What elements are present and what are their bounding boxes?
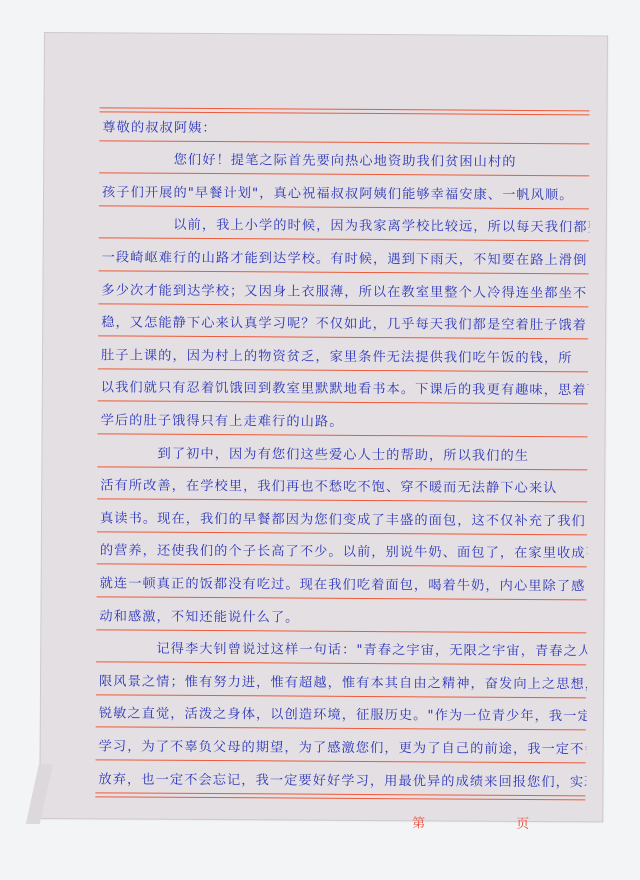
letter-body-line: 限风景之情；惟有努力进，惟有超越，惟有本其自由之精神，奋发向上之思想， xyxy=(99,670,587,697)
letter-body-line: 学习，为了不辜负父母的期望，为了感激您们，更为了自己的前途，我一定不会 xyxy=(99,735,587,762)
letter-body-line: 真读书。现在，我们的早餐都因为您们变成了丰盛的面包，这不仅补充了我们 xyxy=(100,507,588,534)
letter-body-line: 以我们就只有忍着饥饿回到教室里默默地看书本。下课后的我更有趣味，思着下 xyxy=(101,377,589,404)
letter-body-line: 稳，又怎能静下心来认真学习呢？不仅如此，几乎每天我们都是空着肚子饿着 xyxy=(101,312,589,339)
page-prefix-label: 第 xyxy=(412,812,425,831)
letter-body-line: 活有所改善，在学校里，我们再也不愁吃不饱、穿不暖而无法静下心来认 xyxy=(100,475,588,502)
letter-body-line: 您们好！提笔之际首先要向热心地资助我们贫困山村的 xyxy=(102,149,590,176)
letter-salutation: 尊敬的叔叔阿姨： xyxy=(102,116,590,143)
letter-body-line: 学后的肚子饿得只有上走难行的山路。 xyxy=(101,409,589,436)
page-suffix-label: 页 xyxy=(516,813,529,832)
letter-body-line: 记得李大钊曾说过这样一句话："青春之宇宙，无限之宇宙，青春之人头，无 xyxy=(99,638,587,665)
letter-body-line: 放弃，也一定不会忘记，我一定要好好学习，用最优异的成绩来回报您们，实现 xyxy=(98,768,586,795)
letter-sheet: 尊敬的叔叔阿姨： 第 页 您们好！提笔之际首先要向热心地资助我们贫困山村的孩子们… xyxy=(40,33,607,821)
letter-body-line: 动和感激，不知还能说什么了。 xyxy=(99,605,587,632)
letter-body-line: 多少次才能到达学校；又因身上衣服薄，所以在教室里整个人冷得连坐都坐不 xyxy=(101,279,589,306)
letter-body-line: 肚子上课的，因为村上的物资贫乏，家里条件无法提供我们吃午饭的钱，所 xyxy=(101,344,589,371)
letter-body-line: 锐敏之直觉，活泼之身体，以创造环境，征服历史。"作为一位青少年，我一定会好好 xyxy=(99,703,587,730)
letter-body-line: 孩子们开展的"早餐计划"，真心祝福叔叔阿姨们能够幸福安康、一帆风顺。 xyxy=(102,181,590,208)
letter-body-line: 就连一顿真正的饭都没有吃过。现在我们吃着面包，喝着牛奶，内心里除了感 xyxy=(100,572,588,599)
top-double-rule xyxy=(100,107,590,115)
letter-body-line: 的营养，还使我们的个子长高了不少。以前，别说牛奶、面包了，在家里收成不好 xyxy=(100,540,588,567)
scanned-page-background: 尊敬的叔叔阿姨： 第 页 您们好！提笔之际首先要向热心地资助我们贫困山村的孩子们… xyxy=(0,0,640,880)
letter-body-line: 一段崎岖难行的山路才能到达学校。有时候，遇到下雨天，不知要在路上滑倒 xyxy=(102,246,590,273)
letter-body-line: 到了初中，因为有您们这些爱心人士的帮助，所以我们的生 xyxy=(100,442,588,469)
letter-body-line: 以前，我上小学的时候，因为我家离学校比较远，所以每天我们都要走过 xyxy=(102,214,590,241)
